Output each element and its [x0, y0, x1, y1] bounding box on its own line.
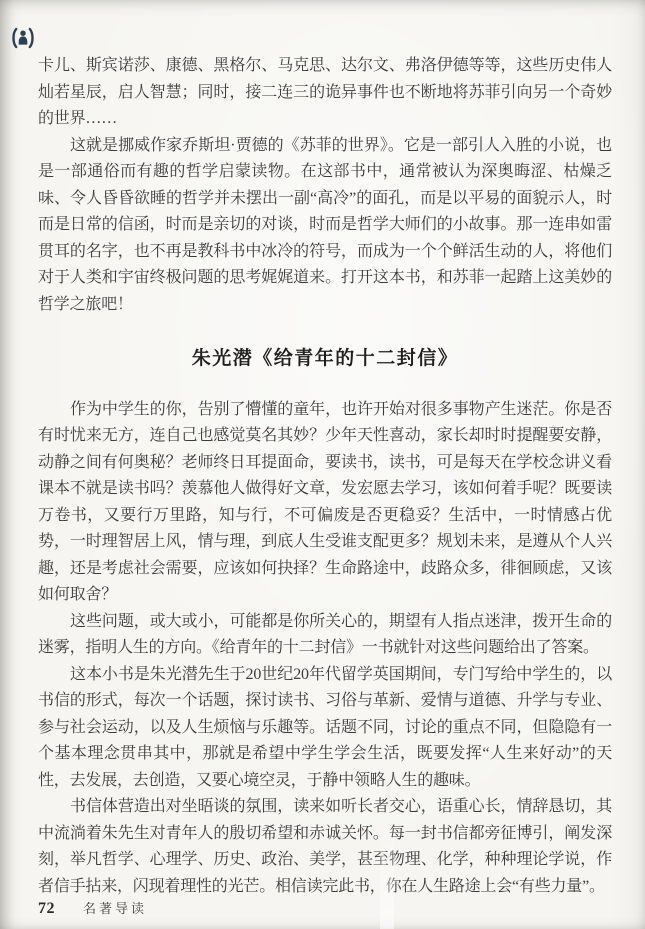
- page-text-block: 卡儿、斯宾诺莎、康德、黑格尔、马克思、达尔文、弗洛伊德等等，这些历史伟人灿若星辰…: [38, 53, 612, 900]
- page-number: 72: [38, 900, 55, 918]
- paragraph-sophies-world-intro: 这就是挪威作家乔斯坦·贾德的《苏菲的世界》。它是一部引人入胜的小说，也是一部通俗…: [38, 133, 612, 319]
- person-in-parentheses-icon: [10, 26, 36, 54]
- scanned-book-page: 卡儿、斯宾诺莎、康德、黑格尔、马克思、达尔文、弗洛伊德等等，这些历史伟人灿若星辰…: [0, 0, 645, 929]
- section-heading-twelve-letters: 朱光潜《给青年的十二封信》: [38, 346, 612, 373]
- paragraph-book-answers: 这些问题，或大或小，可能都是你所关心的，期望有人指点迷津，拨开生命的迷雾，指明人…: [38, 609, 612, 662]
- paragraph-letter-style: 书信体营造出对坐晤谈的氛围，读来如听长者交心，语重心长，情辞恳切，其中流淌着朱先…: [38, 794, 612, 900]
- paragraph-student-questions: 作为中学生的你，告别了懵懂的童年，也许开始对很多事物产生迷茫。你是否有时忧来无方…: [38, 397, 612, 609]
- paragraph-book-background: 这本小书是朱光潜先生于20世纪20年代留学英国期间，专门写给中学生的，以书信的形…: [38, 662, 612, 795]
- footer-section-label: 名著导读: [83, 898, 147, 917]
- page-footer: 72 名著导读: [38, 898, 147, 918]
- paragraph-philosophers-continuation: 卡儿、斯宾诺莎、康德、黑格尔、马克思、达尔文、弗洛伊德等等，这些历史伟人灿若星辰…: [38, 53, 612, 133]
